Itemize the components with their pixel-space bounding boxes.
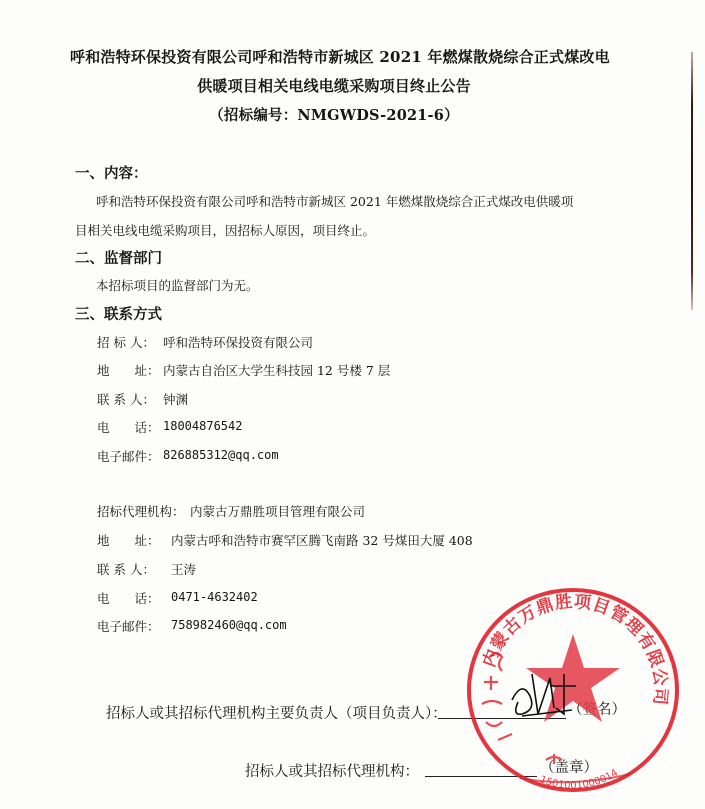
section-heading-content: 一、内容： xyxy=(75,162,148,183)
tenderer-email-value: 826885312@qq.com xyxy=(163,448,279,462)
seal-suffix: （盖章） xyxy=(540,756,598,777)
section-heading-contact: 三、联系方式 xyxy=(75,303,162,324)
tenderer-phone-value: 18004876542 xyxy=(163,419,242,433)
agency-email-value: 758982460@qq.com xyxy=(171,618,287,632)
responsible-person-label: 招标人或其招标代理机构主要负责人（项目负责人）： xyxy=(106,702,447,723)
tenderer-phone-label: 电 话： xyxy=(97,418,160,436)
tenderer-address-value: 内蒙古自治区大学生科技园 12 号楼 7 层 xyxy=(163,361,390,379)
svg-text:内蒙古万鼎胜项目管理有限公司: 内蒙古万鼎胜项目管理有限公司 xyxy=(478,592,670,707)
agency-value: 内蒙古万鼎胜项目管理有限公司 xyxy=(190,502,365,520)
tenderer-contact-label: 联 系 人： xyxy=(97,390,155,408)
handwritten-signature xyxy=(512,674,576,716)
supervision-paragraph: 本招标项目的监督部门为无。 xyxy=(96,276,259,294)
tenderer-label: 招 标 人： xyxy=(97,333,155,351)
agency-address-value: 内蒙古呼和浩特市赛罕区腾飞南路 32 号煤田大厦 408 xyxy=(171,531,473,549)
stamp-text: 内蒙古万鼎胜项目管理有限公司 xyxy=(478,592,670,707)
agency-phone-label: 电 话： xyxy=(97,589,160,607)
signature-suffix: （签名） xyxy=(568,698,626,719)
agency-contact-label: 联 系 人： xyxy=(97,560,155,578)
seal-label: 招标人或其招标代理机构： xyxy=(245,760,419,781)
tenderer-email-label: 电子邮件： xyxy=(97,447,160,465)
agency-address-label: 地 址： xyxy=(97,531,160,549)
scan-edge-line xyxy=(691,52,693,310)
seal-line[interactable] xyxy=(425,776,537,777)
tender-number: （招标编号：NMGWDS-2021-6） xyxy=(0,104,668,125)
agency-phone-value: 0471-4632402 xyxy=(171,590,258,604)
content-paragraph-line-2: 目相关电线电缆采购项目，因招标人原因，项目终止。 xyxy=(75,221,375,239)
signature-line[interactable] xyxy=(438,718,566,719)
content-paragraph-line-1: 呼和浩特环保投资有限公司呼和浩特市新城区 2021 年燃煤散烧综合正式煤改电供暖… xyxy=(96,192,573,210)
section-heading-supervision: 二、监督部门 xyxy=(75,247,162,268)
mongolian-script-marks xyxy=(482,653,562,764)
agency-contact-value: 王涛 xyxy=(171,560,196,578)
tenderer-address-label: 地 址： xyxy=(97,361,160,379)
tenderer-contact-value: 钟渊 xyxy=(163,390,188,408)
agency-email-label: 电子邮件： xyxy=(97,617,160,635)
tenderer-value: 呼和浩特环保投资有限公司 xyxy=(163,333,313,351)
notice-title-line-2: 供暖项目相关电线电缆采购项目终止公告 xyxy=(0,75,668,96)
agency-label: 招标代理机构： xyxy=(97,502,185,520)
notice-title-line-1: 呼和浩特环保投资有限公司呼和浩特市新城区 2021 年燃煤散烧综合正式煤改电 xyxy=(70,46,598,67)
